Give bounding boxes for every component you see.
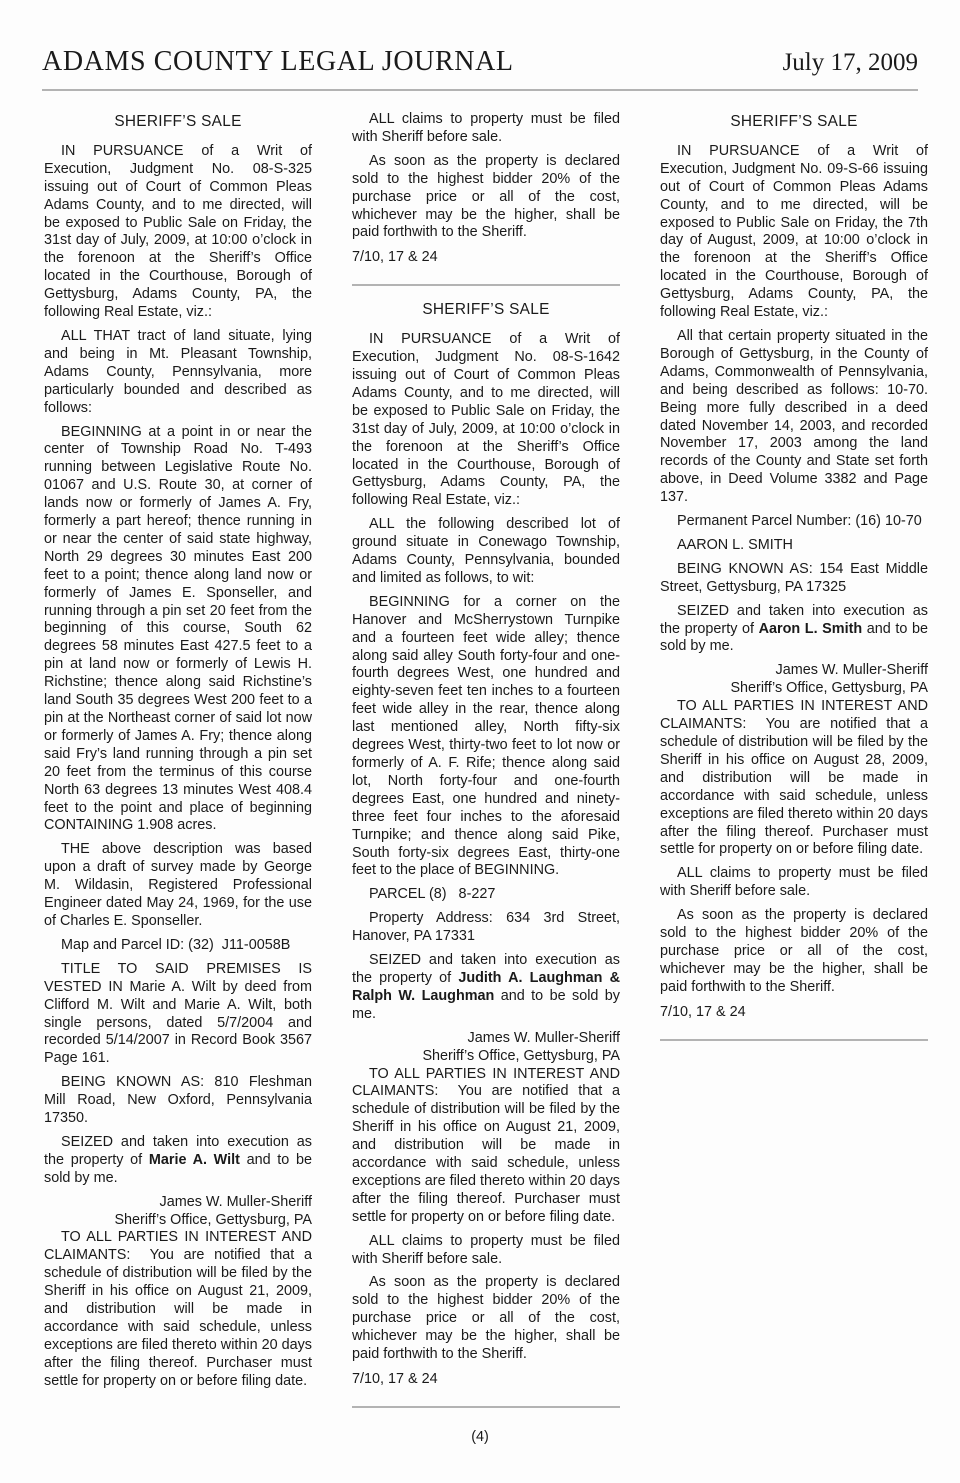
docket-line: 7/10, 17 & 24 — [660, 1004, 928, 1022]
notice-paragraph: SEIZED and taken into execution as the p… — [352, 952, 620, 1024]
notice-paragraph: BEGINNING at a point in or near the cent… — [44, 424, 312, 836]
column-3: SHERIFF’S SALEIN PURSUANCE of a Writ of … — [660, 111, 928, 1423]
issue-date: July 17, 2009 — [783, 49, 918, 77]
notice-paragraph: ALL claims to property must be filed wit… — [660, 865, 928, 901]
notice-paragraph: ALL claims to property must be filed wit… — [352, 1233, 620, 1269]
notice-paragraph: SEIZED and taken into execution as the p… — [660, 603, 928, 657]
notice-paragraph: TO ALL PARTIES IN INTEREST AND CLAIMANTS… — [44, 1229, 312, 1390]
column-1: SHERIFF’S SALEIN PURSUANCE of a Writ of … — [44, 111, 312, 1423]
notice-paragraph: TITLE TO SAID PREMISES IS VESTED IN Mari… — [44, 961, 312, 1068]
signature-line: James W. Muller-Sheriff — [352, 1030, 620, 1048]
notice-paragraph: IN PURSUANCE of a Writ of Execution, Jud… — [660, 143, 928, 322]
signature-line: Sheriff’s Office, Gettysburg, PA — [44, 1212, 312, 1230]
section-rule — [352, 284, 620, 286]
page-title: ADAMS COUNTY LEGAL JOURNAL — [42, 46, 514, 78]
page-number: (4) — [0, 1429, 960, 1445]
notice-paragraph: Map and Parcel ID: (32) J11-0058B — [44, 937, 312, 955]
notice-heading: SHERIFF’S SALE — [44, 113, 312, 131]
notice-paragraph: As soon as the property is declared sold… — [660, 907, 928, 997]
masthead: ADAMS COUNTY LEGAL JOURNAL July 17, 2009 — [42, 46, 918, 78]
notice-paragraph: Property Address: 634 3rd Street, Hanove… — [352, 910, 620, 946]
section-rule — [660, 1039, 928, 1041]
notice-paragraph: ALL THAT tract of land situate, lying an… — [44, 328, 312, 418]
notice-paragraph: SEIZED and taken into execution as the p… — [44, 1134, 312, 1188]
notice-paragraph: IN PURSUANCE of a Writ of Execution, Jud… — [352, 331, 620, 510]
notice-paragraph: TO ALL PARTIES IN INTEREST AND CLAIMANTS… — [352, 1066, 620, 1227]
notice-heading: SHERIFF’S SALE — [660, 113, 928, 131]
notice-paragraph: BEING KNOWN AS: 810 Fleshman Mill Road, … — [44, 1074, 312, 1128]
notice-paragraph: Permanent Parcel Number: (16) 10-70 — [660, 513, 928, 531]
notice-paragraph: BEING KNOWN AS: 154 East Middle Street, … — [660, 561, 928, 597]
signature-line: Sheriff’s Office, Gettysburg, PA — [660, 680, 928, 698]
notice-paragraph: ALL claims to property must be filed wit… — [352, 111, 620, 147]
signature-line: Sheriff’s Office, Gettysburg, PA — [352, 1048, 620, 1066]
notice-paragraph: PARCEL (8) 8-227 — [352, 886, 620, 904]
notice-paragraph: ALL the following described lot of groun… — [352, 516, 620, 588]
notice-paragraph: IN PURSUANCE of a Writ of Execution, Jud… — [44, 143, 312, 322]
notice-paragraph: TO ALL PARTIES IN INTEREST AND CLAIMANTS… — [660, 698, 928, 859]
notice-columns: SHERIFF’S SALEIN PURSUANCE of a Writ of … — [0, 91, 960, 1423]
notice-paragraph: All that certain property situated in th… — [660, 328, 928, 507]
signature-line: James W. Muller-Sheriff — [660, 662, 928, 680]
notice-paragraph: THE above description was based upon a d… — [44, 841, 312, 931]
notice-heading: SHERIFF’S SALE — [352, 301, 620, 319]
section-rule — [352, 1406, 620, 1408]
docket-line: 7/10, 17 & 24 — [352, 249, 620, 267]
signature-line: James W. Muller-Sheriff — [44, 1194, 312, 1212]
notice-paragraph: AARON L. SMITH — [660, 537, 928, 555]
notice-paragraph: As soon as the property is declared sold… — [352, 1274, 620, 1364]
notice-paragraph: BEGINNING for a corner on the Hanover an… — [352, 594, 620, 881]
notice-paragraph: As soon as the property is declared sold… — [352, 153, 620, 243]
legal-journal-page: ADAMS COUNTY LEGAL JOURNAL July 17, 2009… — [0, 0, 960, 1483]
column-2: ALL claims to property must be filed wit… — [352, 111, 620, 1423]
docket-line: 7/10, 17 & 24 — [352, 1371, 620, 1389]
